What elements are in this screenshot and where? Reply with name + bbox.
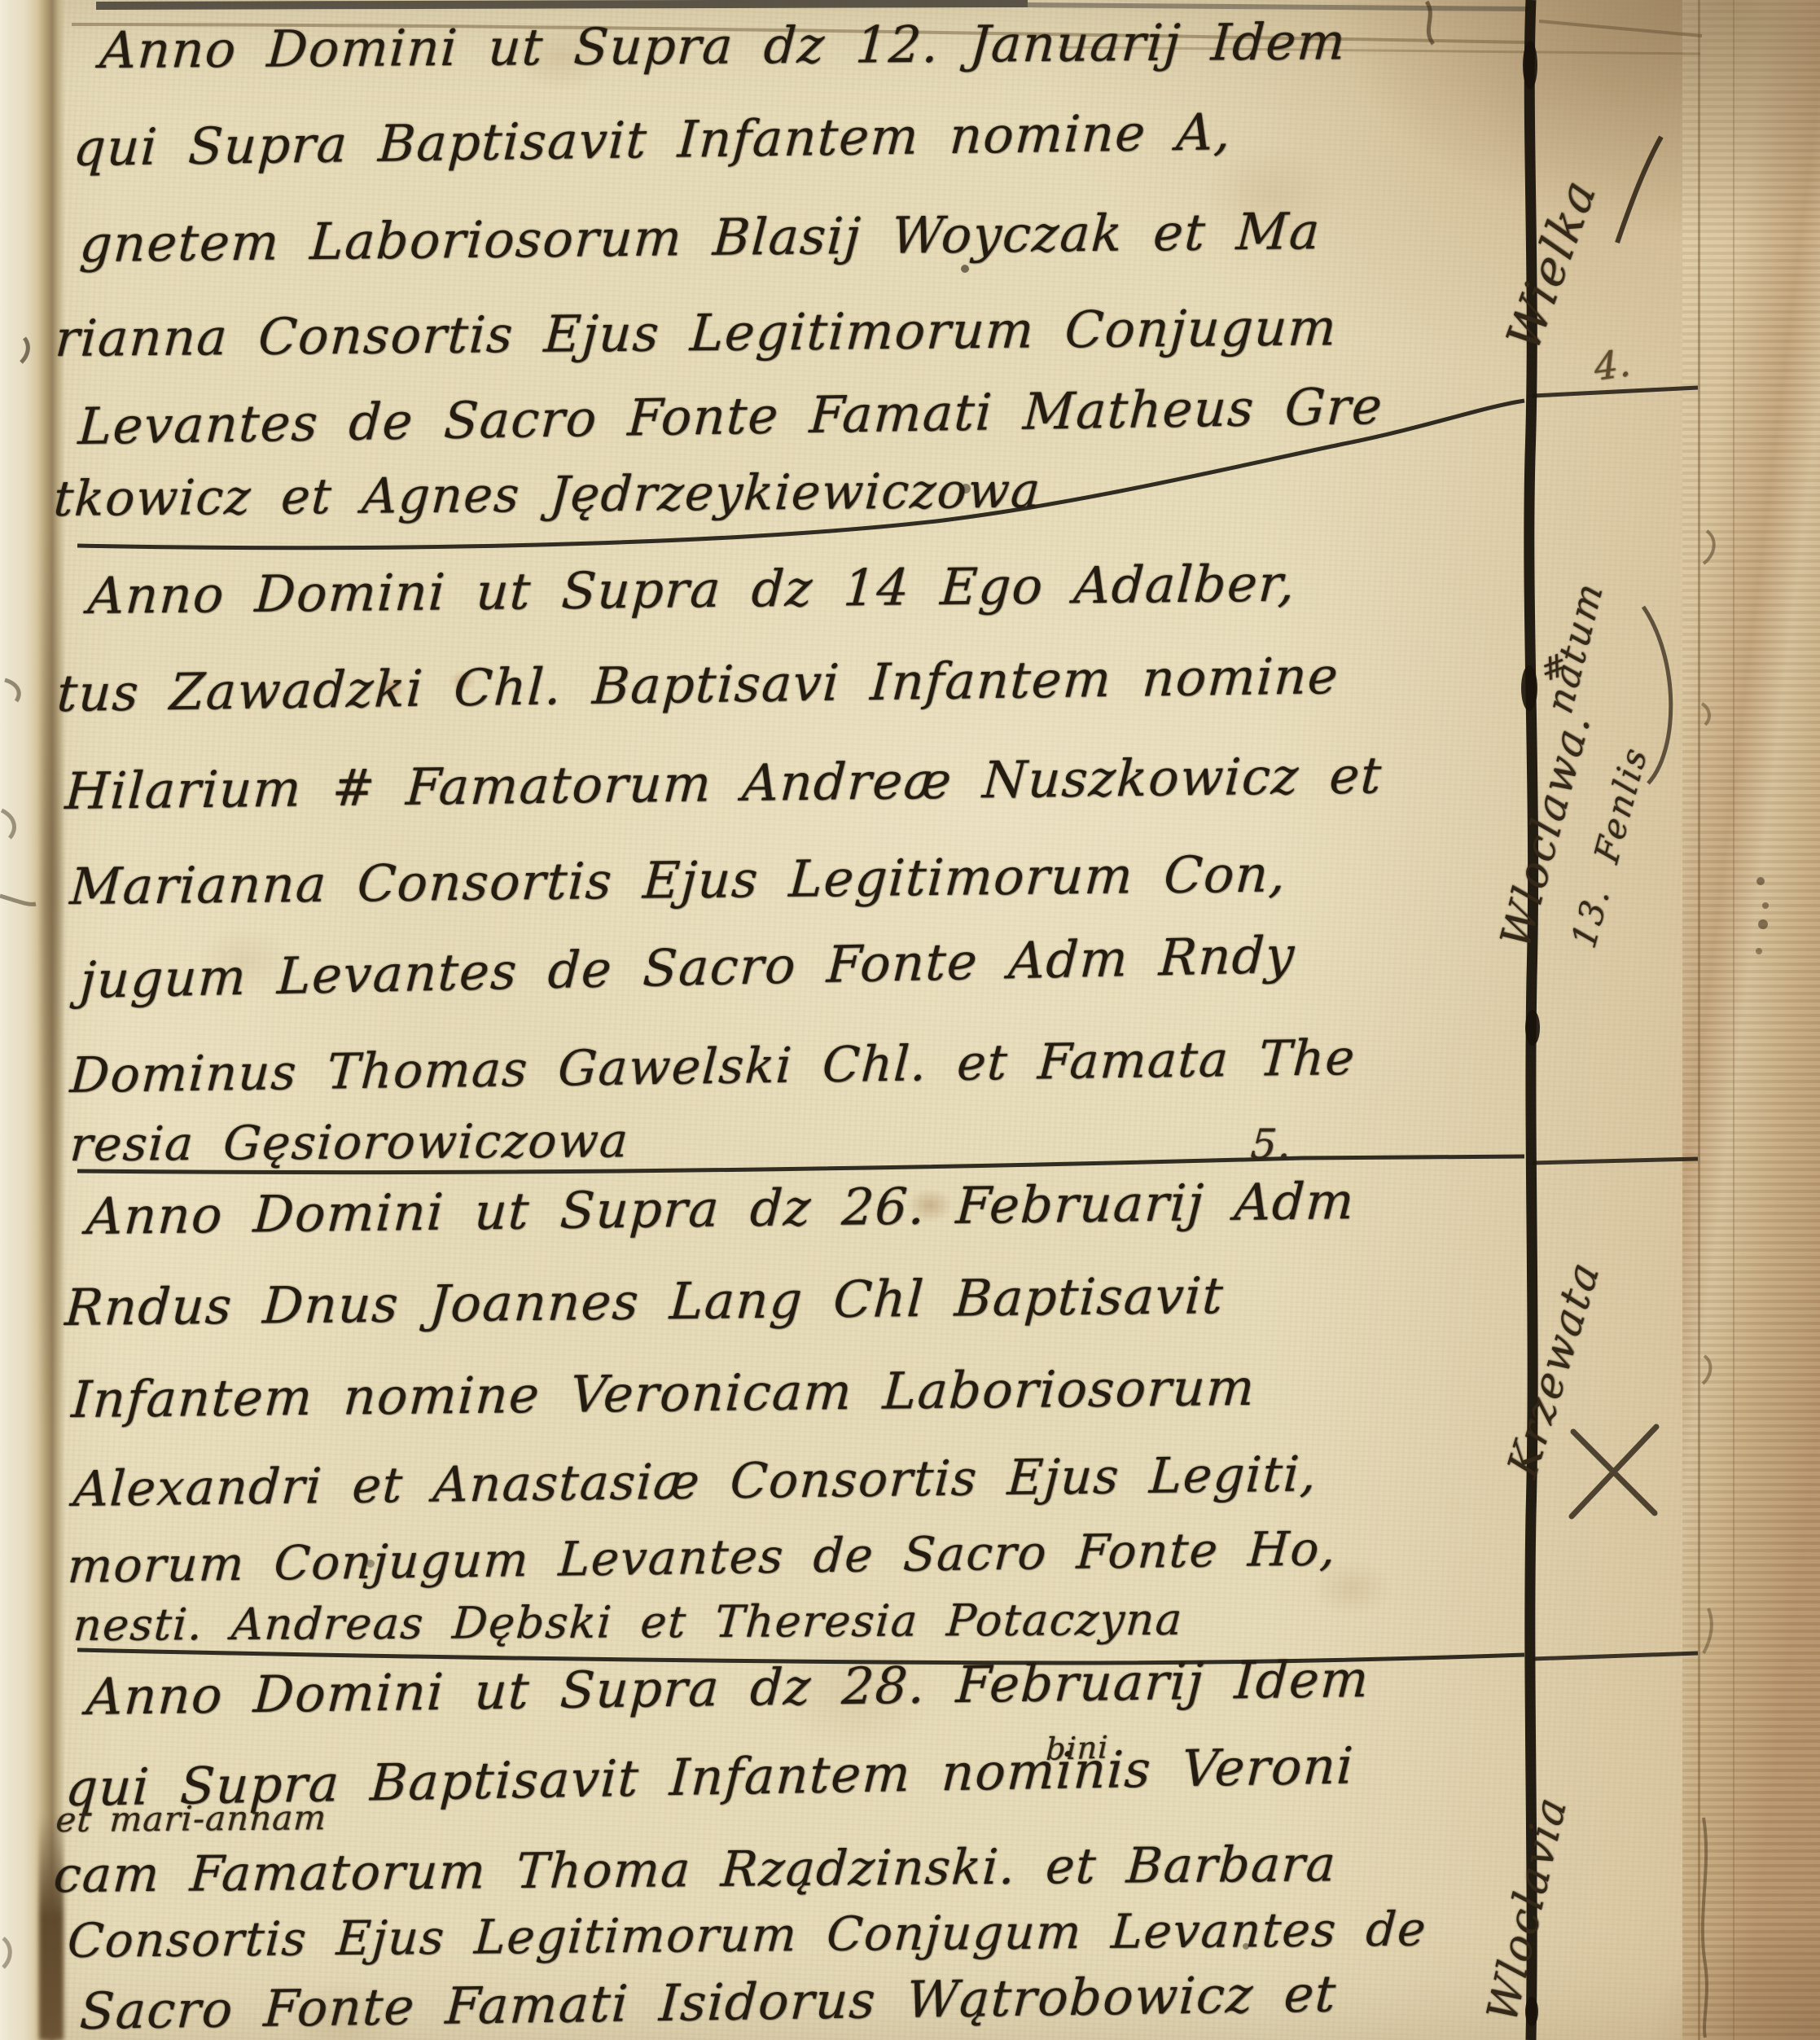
entry-4-superscript-note: bini bbox=[1046, 1731, 1110, 1767]
entry-2-number: 5. bbox=[1249, 1122, 1294, 1167]
entry-1-line-3: gnetem Laboriosorum Blasij Woyczak et Ma bbox=[78, 204, 1322, 272]
page-edge-crease-outer bbox=[1733, 0, 1734, 2040]
entry-2-line-7: resia Gęsiorowiczowa bbox=[68, 1115, 630, 1171]
entry-3-line-6: nesti. Andreas Dębski et Theresia Potacz… bbox=[72, 1595, 1184, 1650]
entry-4-line-4: Consortis Ejus Legitimorum Conjugum Leva… bbox=[66, 1903, 1428, 1967]
entry-1-line-1: Anno Domini ut Supra dz 12. Januarij Ide… bbox=[99, 14, 1349, 78]
entry-1-number: 4. bbox=[1593, 342, 1633, 388]
entry-1-line-6: tkowicz et Agnes Jędrzeykiewiczowa bbox=[52, 463, 1043, 526]
manuscript-scan: Anno Domini ut Supra dz 12. Januarij Ide… bbox=[0, 0, 1820, 2040]
gutter-shadow bbox=[42, 529, 60, 1425]
entry-2-line-4: Marianna Consortis Ejus Legitimorum Con, bbox=[68, 846, 1288, 915]
page-edge-crease bbox=[1698, 0, 1700, 2040]
entry-1-line-4: rianna Consortis Ejus Legitimorum Conjug… bbox=[54, 300, 1339, 366]
entry-3-line-3: Infantem nomine Veronicam Laboriosorum bbox=[70, 1360, 1257, 1428]
entry-4-interline-note: et mari-annam bbox=[55, 1799, 327, 1839]
entry-4-line-3: cam Famatorum Thoma Rządzinski. et Barba… bbox=[52, 1837, 1338, 1902]
book-fore-edge bbox=[1682, 0, 1820, 2040]
entry-3-line-2: Rndus Dnus Joannes Lang Chl Baptisavit bbox=[64, 1268, 1226, 1336]
entry-2-line-1: Anno Domini ut Supra dz 14 Ego Adalber, bbox=[86, 555, 1297, 624]
